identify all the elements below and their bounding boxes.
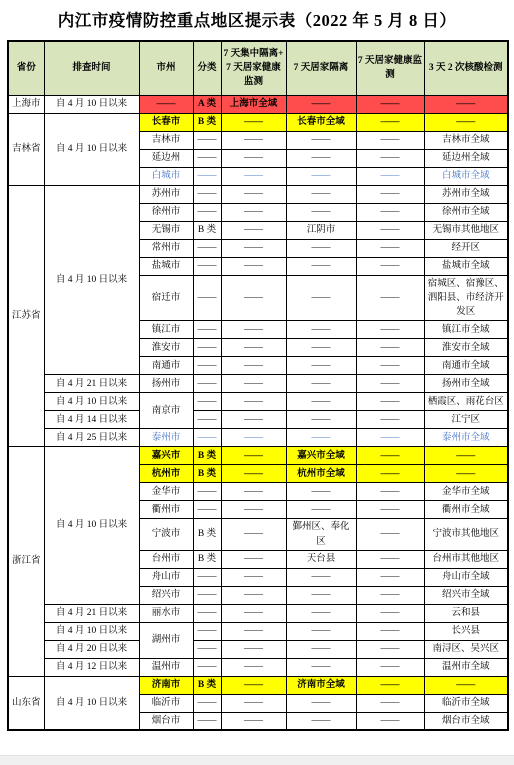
table-cell: B 类 bbox=[193, 519, 221, 551]
table-cell: A 类 bbox=[193, 95, 221, 113]
table-cell: 徐州市全域 bbox=[424, 203, 508, 221]
dash-cell: —— bbox=[286, 257, 356, 275]
dash-cell: —— bbox=[193, 239, 221, 257]
table-row: 浙江省自 4 月 10 日以来嘉兴市B 类——嘉兴市全域———— bbox=[8, 447, 508, 465]
dash-cell: —— bbox=[193, 429, 221, 447]
dash-cell: —— bbox=[221, 676, 286, 694]
table-row: 山东省自 4 月 10 日以来济南市B 类——济南市全域———— bbox=[8, 676, 508, 694]
table-cell: 上海市 bbox=[8, 95, 44, 113]
dash-cell: —— bbox=[193, 185, 221, 203]
table-cell: 盐城市全域 bbox=[424, 257, 508, 275]
dash-cell: —— bbox=[356, 676, 424, 694]
table-cell: 吉林市 bbox=[139, 131, 193, 149]
dash-cell: —— bbox=[221, 339, 286, 357]
dash-cell: —— bbox=[356, 339, 424, 357]
table-cell: 自 4 月 10 日以来 bbox=[44, 447, 139, 605]
table-cell: 台州市其他地区 bbox=[424, 550, 508, 568]
dash-cell: —— bbox=[221, 429, 286, 447]
dash-cell: —— bbox=[356, 568, 424, 586]
table-cell: 南通市全域 bbox=[424, 357, 508, 375]
table-cell: 自 4 月 21 日以来 bbox=[44, 375, 139, 393]
dash-cell: —— bbox=[356, 465, 424, 483]
dash-cell: —— bbox=[286, 149, 356, 167]
dash-cell: —— bbox=[356, 185, 424, 203]
dash-cell: —— bbox=[356, 712, 424, 730]
dash-cell: —— bbox=[424, 95, 508, 113]
table-cell: B 类 bbox=[193, 221, 221, 239]
dash-cell: —— bbox=[139, 95, 193, 113]
dash-cell: —— bbox=[356, 239, 424, 257]
table-row: 自 4 月 21 日以来扬州市————————扬州市全域 bbox=[8, 375, 508, 393]
dash-cell: —— bbox=[193, 694, 221, 712]
table-cell: 济南市全域 bbox=[286, 676, 356, 694]
table-cell: 宿迁市 bbox=[139, 275, 193, 321]
dash-cell: —— bbox=[286, 339, 356, 357]
dash-cell: —— bbox=[193, 501, 221, 519]
dash-cell: —— bbox=[221, 239, 286, 257]
table-cell: 长兴县 bbox=[424, 622, 508, 640]
dash-cell: —— bbox=[221, 694, 286, 712]
dash-cell: —— bbox=[193, 375, 221, 393]
table-cell: 上海市全域 bbox=[221, 95, 286, 113]
dash-cell: —— bbox=[221, 375, 286, 393]
dash-cell: —— bbox=[221, 550, 286, 568]
table-row: 自 4 月 20 日以来————————南浔区、吴兴区 bbox=[8, 640, 508, 658]
dash-cell: —— bbox=[221, 113, 286, 131]
table-row: 自 4 月 10 日以来南京市————————栖霞区、雨花台区 bbox=[8, 393, 508, 411]
table-cell: 江阴市 bbox=[286, 221, 356, 239]
dash-cell: —— bbox=[221, 483, 286, 501]
dash-cell: —— bbox=[286, 411, 356, 429]
table-cell: 长春市 bbox=[139, 113, 193, 131]
dash-cell: —— bbox=[356, 95, 424, 113]
table-cell: 苏州市全域 bbox=[424, 185, 508, 203]
dash-cell: —— bbox=[356, 357, 424, 375]
dash-cell: —— bbox=[356, 604, 424, 622]
dash-cell: —— bbox=[221, 604, 286, 622]
dash-cell: —— bbox=[193, 622, 221, 640]
dash-cell: —— bbox=[193, 357, 221, 375]
table-cell: 绍兴市 bbox=[139, 586, 193, 604]
table-cell: 白城市全域 bbox=[424, 167, 508, 185]
table-row: 自 4 月 10 日以来湖州市————————长兴县 bbox=[8, 622, 508, 640]
table-cell: 温州市 bbox=[139, 658, 193, 676]
dash-cell: —— bbox=[193, 257, 221, 275]
dash-cell: —— bbox=[356, 221, 424, 239]
table-row: 江苏省自 4 月 10 日以来苏州市————————苏州市全域 bbox=[8, 185, 508, 203]
table-cell: 苏州市 bbox=[139, 185, 193, 203]
dash-cell: —— bbox=[193, 712, 221, 730]
table-row: 自 4 月 25 日以来泰州市————————泰州市全域 bbox=[8, 429, 508, 447]
table-cell: 衢州市 bbox=[139, 501, 193, 519]
table-cell: 镇江市 bbox=[139, 321, 193, 339]
table-cell: 无锡市 bbox=[139, 221, 193, 239]
dash-cell: —— bbox=[193, 586, 221, 604]
table-cell: 山东省 bbox=[8, 676, 44, 730]
dash-cell: —— bbox=[221, 257, 286, 275]
table-cell: 扬州市 bbox=[139, 375, 193, 393]
dash-cell: —— bbox=[286, 483, 356, 501]
table-cell: 镇江市全域 bbox=[424, 321, 508, 339]
table-cell: 自 4 月 12 日以来 bbox=[44, 658, 139, 676]
table-cell: 自 4 月 10 日以来 bbox=[44, 676, 139, 730]
dash-cell: —— bbox=[424, 113, 508, 131]
dash-cell: —— bbox=[356, 375, 424, 393]
dash-cell: —— bbox=[286, 203, 356, 221]
dash-cell: —— bbox=[286, 167, 356, 185]
dash-cell: —— bbox=[221, 167, 286, 185]
header-row: 省份排查时间市州分类7 天集中隔离+7 天居家健康监测7 天居家隔离7 天居家健… bbox=[8, 41, 508, 95]
dash-cell: —— bbox=[424, 465, 508, 483]
table-cell: 自 4 月 21 日以来 bbox=[44, 604, 139, 622]
table-cell: 江宁区 bbox=[424, 411, 508, 429]
column-header: 市州 bbox=[139, 41, 193, 95]
dash-cell: —— bbox=[221, 321, 286, 339]
dash-cell: —— bbox=[286, 95, 356, 113]
dash-cell: —— bbox=[356, 275, 424, 321]
table-cell: 嘉兴市 bbox=[139, 447, 193, 465]
table-cell: 经开区 bbox=[424, 239, 508, 257]
table-cell: 常州市 bbox=[139, 239, 193, 257]
table-cell: 云和县 bbox=[424, 604, 508, 622]
column-header: 3 天 2 次核酸检测 bbox=[424, 41, 508, 95]
dash-cell: —— bbox=[221, 586, 286, 604]
table-cell: 宁波市 bbox=[139, 519, 193, 551]
dash-cell: —— bbox=[221, 411, 286, 429]
table-cell: 栖霞区、雨花台区 bbox=[424, 393, 508, 411]
table-row: 吉林省自 4 月 10 日以来长春市B 类——长春市全域———— bbox=[8, 113, 508, 131]
table-cell: 泰州市全域 bbox=[424, 429, 508, 447]
dash-cell: —— bbox=[286, 640, 356, 658]
column-header: 7 天居家健康监测 bbox=[356, 41, 424, 95]
table-cell: 长春市全域 bbox=[286, 113, 356, 131]
dash-cell: —— bbox=[356, 640, 424, 658]
dash-cell: —— bbox=[356, 658, 424, 676]
table-cell: 自 4 月 20 日以来 bbox=[44, 640, 139, 658]
dash-cell: —— bbox=[193, 483, 221, 501]
table-cell: 烟台市全域 bbox=[424, 712, 508, 730]
dash-cell: —— bbox=[356, 131, 424, 149]
table-cell: 丽水市 bbox=[139, 604, 193, 622]
dash-cell: —— bbox=[356, 411, 424, 429]
table-cell: 浙江省 bbox=[8, 447, 44, 677]
dash-cell: —— bbox=[221, 203, 286, 221]
dash-cell: —— bbox=[286, 658, 356, 676]
table-cell: 杭州市全域 bbox=[286, 465, 356, 483]
dash-cell: —— bbox=[286, 622, 356, 640]
dash-cell: —— bbox=[286, 712, 356, 730]
dash-cell: —— bbox=[221, 519, 286, 551]
table-cell: 自 4 月 10 日以来 bbox=[44, 113, 139, 185]
dash-cell: —— bbox=[221, 640, 286, 658]
dash-cell: —— bbox=[193, 203, 221, 221]
dash-cell: —— bbox=[424, 447, 508, 465]
table-cell: 自 4 月 14 日以来 bbox=[44, 411, 139, 429]
table-cell: 衢州市全域 bbox=[424, 501, 508, 519]
dash-cell: —— bbox=[356, 586, 424, 604]
column-header: 分类 bbox=[193, 41, 221, 95]
table-cell: 金华市 bbox=[139, 483, 193, 501]
table-cell: 温州市全域 bbox=[424, 658, 508, 676]
dash-cell: —— bbox=[221, 393, 286, 411]
dash-cell: —— bbox=[286, 429, 356, 447]
column-header: 省份 bbox=[8, 41, 44, 95]
dash-cell: —— bbox=[221, 622, 286, 640]
dash-cell: —— bbox=[221, 465, 286, 483]
table-cell: 自 4 月 10 日以来 bbox=[44, 622, 139, 640]
table-cell: 杭州市 bbox=[139, 465, 193, 483]
table-body: 上海市自 4 月 10 日以来——A 类上海市全域——————吉林省自 4 月 … bbox=[8, 95, 508, 730]
dash-cell: —— bbox=[356, 483, 424, 501]
dash-cell: —— bbox=[286, 604, 356, 622]
table-cell: B 类 bbox=[193, 676, 221, 694]
dash-cell: —— bbox=[424, 676, 508, 694]
table-cell: 南浔区、吴兴区 bbox=[424, 640, 508, 658]
dash-cell: —— bbox=[193, 339, 221, 357]
dash-cell: —— bbox=[286, 321, 356, 339]
dash-cell: —— bbox=[221, 149, 286, 167]
column-header: 排查时间 bbox=[44, 41, 139, 95]
table-cell: 白城市 bbox=[139, 167, 193, 185]
bottom-edge bbox=[0, 755, 514, 765]
dash-cell: —— bbox=[193, 568, 221, 586]
dash-cell: —— bbox=[356, 321, 424, 339]
table-cell: 吉林市全域 bbox=[424, 131, 508, 149]
dash-cell: —— bbox=[356, 694, 424, 712]
dash-cell: —— bbox=[221, 501, 286, 519]
column-header: 7 天居家隔离 bbox=[286, 41, 356, 95]
table-cell: 烟台市 bbox=[139, 712, 193, 730]
dash-cell: —— bbox=[356, 519, 424, 551]
table-cell: 湖州市 bbox=[139, 622, 193, 658]
table-cell: 泰州市 bbox=[139, 429, 193, 447]
dash-cell: —— bbox=[221, 568, 286, 586]
column-header: 7 天集中隔离+7 天居家健康监测 bbox=[221, 41, 286, 95]
table-cell: 淮安市 bbox=[139, 339, 193, 357]
page-title: 内江市疫情防控重点地区提示表（2022 年 5 月 8 日） bbox=[0, 7, 514, 31]
table-cell: 济南市 bbox=[139, 676, 193, 694]
dash-cell: —— bbox=[221, 357, 286, 375]
dash-cell: —— bbox=[193, 604, 221, 622]
table-cell: 台州市 bbox=[139, 550, 193, 568]
table-cell: 自 4 月 10 日以来 bbox=[44, 185, 139, 375]
table-cell: B 类 bbox=[193, 465, 221, 483]
dash-cell: —— bbox=[356, 447, 424, 465]
dash-cell: —— bbox=[286, 375, 356, 393]
dash-cell: —— bbox=[193, 411, 221, 429]
table-cell: 无锡市其他地区 bbox=[424, 221, 508, 239]
dash-cell: —— bbox=[356, 501, 424, 519]
table-cell: B 类 bbox=[193, 447, 221, 465]
table-cell: 淮安市全域 bbox=[424, 339, 508, 357]
table-row: 自 4 月 21 日以来丽水市————————云和县 bbox=[8, 604, 508, 622]
table-row: 上海市自 4 月 10 日以来——A 类上海市全域—————— bbox=[8, 95, 508, 113]
dash-cell: —— bbox=[286, 568, 356, 586]
dash-cell: —— bbox=[356, 622, 424, 640]
table-cell: 临沂市 bbox=[139, 694, 193, 712]
table-cell: 舟山市 bbox=[139, 568, 193, 586]
table-cell: 绍兴市全域 bbox=[424, 586, 508, 604]
table-row: 自 4 月 12 日以来温州市————————温州市全域 bbox=[8, 658, 508, 676]
dash-cell: —— bbox=[356, 393, 424, 411]
dash-cell: —— bbox=[356, 429, 424, 447]
table-cell: 吉林省 bbox=[8, 113, 44, 185]
dash-cell: —— bbox=[286, 393, 356, 411]
table-cell: 延边州 bbox=[139, 149, 193, 167]
table-cell: 南京市 bbox=[139, 393, 193, 429]
table-cell: 嘉兴市全域 bbox=[286, 447, 356, 465]
table-cell: 自 4 月 25 日以来 bbox=[44, 429, 139, 447]
dash-cell: —— bbox=[356, 113, 424, 131]
table-cell: 临沂市全域 bbox=[424, 694, 508, 712]
dash-cell: —— bbox=[286, 275, 356, 321]
table-cell: 徐州市 bbox=[139, 203, 193, 221]
dash-cell: —— bbox=[286, 131, 356, 149]
dash-cell: —— bbox=[221, 658, 286, 676]
dash-cell: —— bbox=[286, 501, 356, 519]
table-cell: 江苏省 bbox=[8, 185, 44, 447]
epidemic-area-table: 省份排查时间市州分类7 天集中隔离+7 天居家健康监测7 天居家隔离7 天居家健… bbox=[7, 40, 509, 731]
dash-cell: —— bbox=[193, 658, 221, 676]
dash-cell: —— bbox=[356, 203, 424, 221]
dash-cell: —— bbox=[286, 185, 356, 203]
dash-cell: —— bbox=[193, 275, 221, 321]
dash-cell: —— bbox=[286, 239, 356, 257]
dash-cell: —— bbox=[356, 149, 424, 167]
dash-cell: —— bbox=[356, 257, 424, 275]
table-cell: 舟山市全域 bbox=[424, 568, 508, 586]
table-cell: 自 4 月 10 日以来 bbox=[44, 95, 139, 113]
table-cell: 宿城区、宿豫区、泗阳县、市经济开发区 bbox=[424, 275, 508, 321]
table-cell: 延边州全域 bbox=[424, 149, 508, 167]
dash-cell: —— bbox=[221, 131, 286, 149]
table-cell: B 类 bbox=[193, 550, 221, 568]
dash-cell: —— bbox=[356, 550, 424, 568]
dash-cell: —— bbox=[193, 393, 221, 411]
dash-cell: —— bbox=[286, 694, 356, 712]
dash-cell: —— bbox=[286, 586, 356, 604]
dash-cell: —— bbox=[221, 221, 286, 239]
dash-cell: —— bbox=[193, 167, 221, 185]
dash-cell: —— bbox=[356, 167, 424, 185]
dash-cell: —— bbox=[286, 357, 356, 375]
table-cell: 南通市 bbox=[139, 357, 193, 375]
dash-cell: —— bbox=[193, 149, 221, 167]
dash-cell: —— bbox=[193, 131, 221, 149]
table-cell: 盐城市 bbox=[139, 257, 193, 275]
table-cell: 鄞州区、奉化区 bbox=[286, 519, 356, 551]
dash-cell: —— bbox=[193, 640, 221, 658]
dash-cell: —— bbox=[221, 275, 286, 321]
table-cell: 金华市全域 bbox=[424, 483, 508, 501]
dash-cell: —— bbox=[221, 447, 286, 465]
table-cell: 宁波市其他地区 bbox=[424, 519, 508, 551]
dash-cell: —— bbox=[221, 185, 286, 203]
table-cell: 自 4 月 10 日以来 bbox=[44, 393, 139, 411]
table-cell: B 类 bbox=[193, 113, 221, 131]
table-cell: 扬州市全域 bbox=[424, 375, 508, 393]
dash-cell: —— bbox=[221, 712, 286, 730]
table-cell: 天台县 bbox=[286, 550, 356, 568]
table-row: 自 4 月 14 日以来————————江宁区 bbox=[8, 411, 508, 429]
dash-cell: —— bbox=[193, 321, 221, 339]
